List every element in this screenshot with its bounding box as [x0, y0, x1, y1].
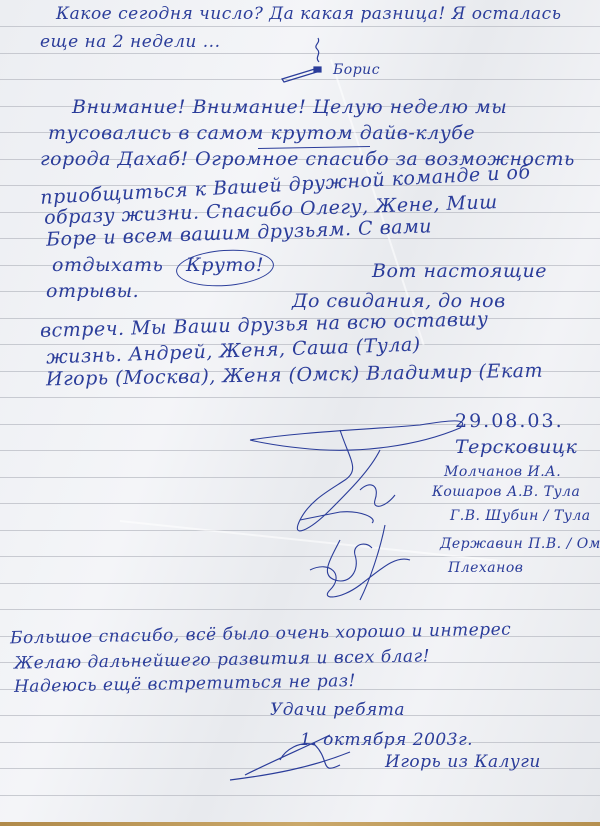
- letter-page: Какое сегодня число? Да какая разница! Я…: [0, 0, 600, 826]
- paper-edge: [0, 822, 600, 826]
- bottom-signature-scribble: [0, 0, 600, 826]
- bottom-note-signature: Игорь из Калуги: [385, 752, 541, 772]
